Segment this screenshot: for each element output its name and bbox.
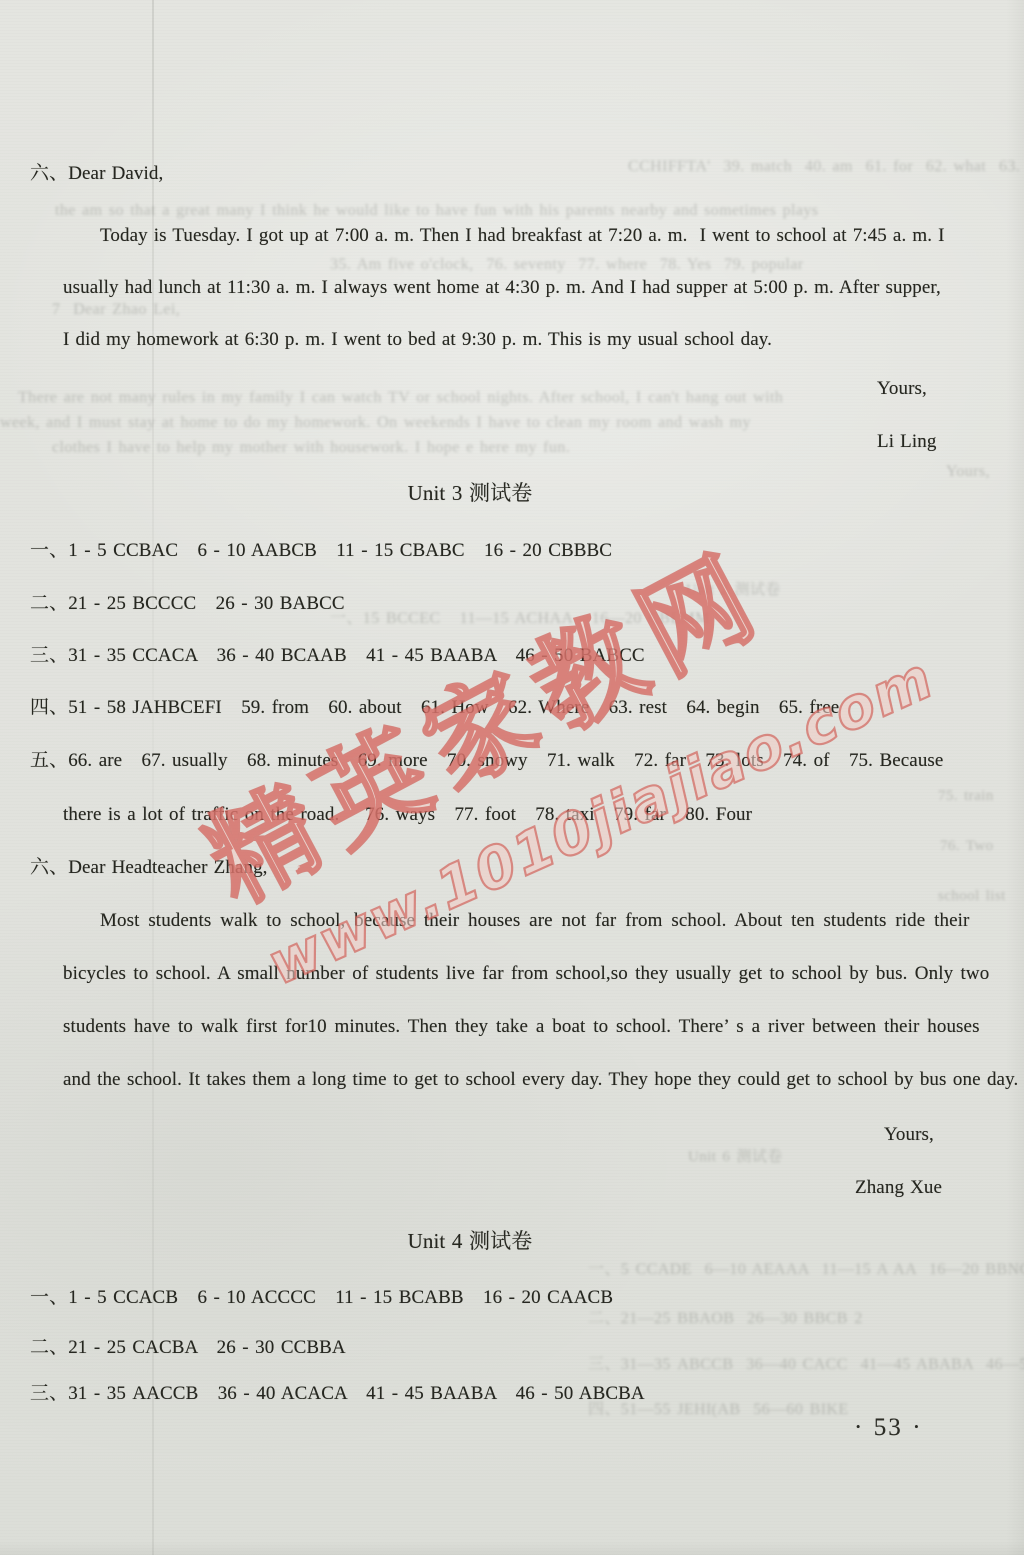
bleed-through-line: 二、21—25 BBAOB 26—30 BBCB 2 bbox=[588, 1305, 863, 1328]
unit3-answer-row-3: 三、31 - 35 CCACA 36 - 40 BCAAB 41 - 45 BA… bbox=[30, 645, 645, 667]
letter-david-closing: Yours, bbox=[877, 378, 927, 400]
letter-zhang-body-line: students have to walk first for10 minute… bbox=[63, 1016, 980, 1038]
bleed-through-line: 7 Dear Zhao Lei, bbox=[52, 301, 180, 319]
bleed-through-line: school list bbox=[938, 888, 1006, 905]
unit4-title: Unit 4 测试卷 bbox=[0, 1229, 940, 1253]
bleed-through-line: 35. Am five o'clock, 76. seventy 77. whe… bbox=[330, 256, 803, 274]
letter-zhang-body-line: Most students walk to school, because th… bbox=[100, 910, 969, 932]
unit3-answer-row-2: 二、21 - 25 BCCCC 26 - 30 BABCC bbox=[30, 593, 345, 615]
unit3-answer-row-1: 一、1 - 5 CCBAC 6 - 10 AABCB 11 - 15 CBABC… bbox=[30, 540, 612, 562]
unit3-title: Unit 3 测试卷 bbox=[0, 481, 940, 505]
unit3-answer-row-4: 四、51 - 58 JAHBCEFI 59. from 60. about 61… bbox=[30, 697, 839, 719]
letter-zhang-closing: Yours, bbox=[884, 1124, 934, 1146]
letter-david-signature: Li Ling bbox=[877, 431, 936, 453]
letter-zhang-body-line: bicycles to school. A small number of st… bbox=[63, 963, 989, 985]
letter-david-salutation: 六、Dear David, bbox=[30, 163, 163, 185]
letter-zhang-signature: Zhang Xue bbox=[855, 1177, 942, 1199]
letter-david-body-line: usually had lunch at 11:30 a. m. I alway… bbox=[63, 277, 941, 299]
unit4-answer-row-2: 二、21 - 25 CACBA 26 - 30 CCBBA bbox=[30, 1337, 346, 1359]
bleed-through-line: There are not many rules in my family I … bbox=[18, 389, 783, 407]
bleed-through-line: 76. Two bbox=[940, 838, 993, 855]
letter-zhang-salutation: 六、Dear Headteacher Zhang, bbox=[30, 857, 268, 879]
bleed-through-line: the am so that a great many I think he w… bbox=[55, 202, 818, 220]
bleed-through-line: Yours, bbox=[946, 463, 990, 481]
letter-zhang-body-line: and the school. It takes them a long tim… bbox=[63, 1069, 1018, 1091]
bleed-through-line: Unit 6 测试卷 bbox=[688, 1145, 783, 1166]
unit4-answer-row-1: 一、1 - 5 CCACB 6 - 10 ACCCC 11 - 15 BCABB… bbox=[30, 1287, 613, 1309]
bleed-through-line: 一、15 BCCEC 11—15 ACHAA 16—20 CBEMM bbox=[330, 605, 710, 628]
page-number: · 53 · bbox=[854, 1414, 923, 1443]
bleed-through-line: 一、5 CCADE 6—10 AEAAA 11—15 A AA 16—20 BB… bbox=[588, 1256, 1024, 1279]
unit3-answer-row-5: 五、66. are 67. usually 68. minutes 69. mo… bbox=[30, 750, 943, 772]
bleed-through-line: CCHIFFTA' 39. match 40. am 61. for 62. w… bbox=[628, 158, 1024, 176]
bleed-through-line: 三、31—35 ABCCB 36—40 CACC 41—45 ABABA 46—… bbox=[588, 1351, 1024, 1374]
letter-david-body-line: Today is Tuesday. I got up at 7:00 a. m.… bbox=[100, 225, 945, 247]
unit3-answer-row-5-continued: there is a lot of traffic on the road. 7… bbox=[63, 804, 752, 826]
scanned-answer-page: CCHIFFTA' 39. match 40. am 61. for 62. w… bbox=[0, 0, 1024, 1555]
bleed-through-line: clothes I have to help my mother with ho… bbox=[52, 439, 570, 457]
bleed-through-line: Unit 2 测试卷 bbox=[686, 578, 781, 599]
letter-david-body-line: I did my homework at 6:30 p. m. I went t… bbox=[63, 329, 772, 351]
paper-bottom-edge-shadow bbox=[0, 1541, 1024, 1555]
bleed-through-line: week, and I must stay at home to do my h… bbox=[0, 414, 751, 432]
unit4-answer-row-3: 三、31 - 35 AACCB 36 - 40 ACACA 41 - 45 BA… bbox=[30, 1383, 645, 1405]
bleed-through-line: 75. train bbox=[938, 788, 994, 805]
paper-right-edge-shadow bbox=[1006, 0, 1024, 1555]
